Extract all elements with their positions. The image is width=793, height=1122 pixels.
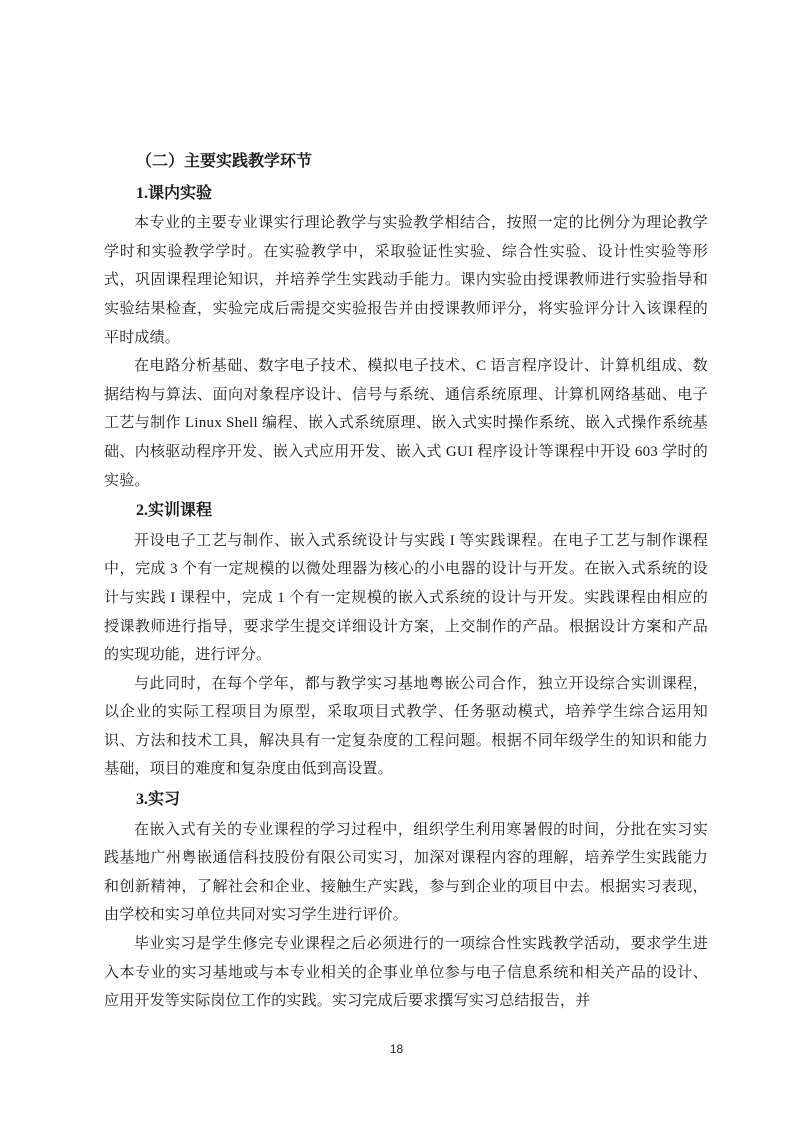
paragraph: 在嵌入式有关的专业课程的学习过程中，组织学生利用寒暑假的时间，分批在实习实践基地… — [104, 816, 708, 930]
page-number: 18 — [390, 1042, 403, 1056]
paragraph: 开设电子工艺与制作、嵌入式系统设计与实践 I 等实践课程。在电子工艺与制作课程中… — [104, 527, 708, 670]
document-page: （二）主要实践教学环节 1.课内实验 本专业的主要专业课实行理论教学与实验教学相… — [0, 0, 793, 1122]
section-title: （二）主要实践教学环节 — [104, 148, 708, 177]
document-body: （二）主要实践教学环节 1.课内实验 本专业的主要专业课实行理论教学与实验教学相… — [104, 148, 708, 1016]
paragraph: 在电路分析基础、数字电子技术、模拟电子技术、C 语言程序设计、计算机组成、数据结… — [104, 352, 708, 495]
subsection-heading-1: 1.课内实验 — [104, 180, 708, 209]
page-footer: 18 — [0, 1040, 793, 1058]
subsection-heading-2: 2.实训课程 — [104, 497, 708, 526]
paragraph: 本专业的主要专业课实行理论教学与实验教学相结合，按照一定的比例分为理论教学学时和… — [104, 209, 708, 352]
paragraph: 毕业实习是学生修完专业课程之后必须进行的一项综合性实践教学活动，要求学生进入本专… — [104, 930, 708, 1016]
paragraph: 与此同时，在每个学年，都与教学实习基地粤嵌公司合作，独立开设综合实训课程，以企业… — [104, 670, 708, 784]
subsection-heading-3: 3.实习 — [104, 786, 708, 815]
